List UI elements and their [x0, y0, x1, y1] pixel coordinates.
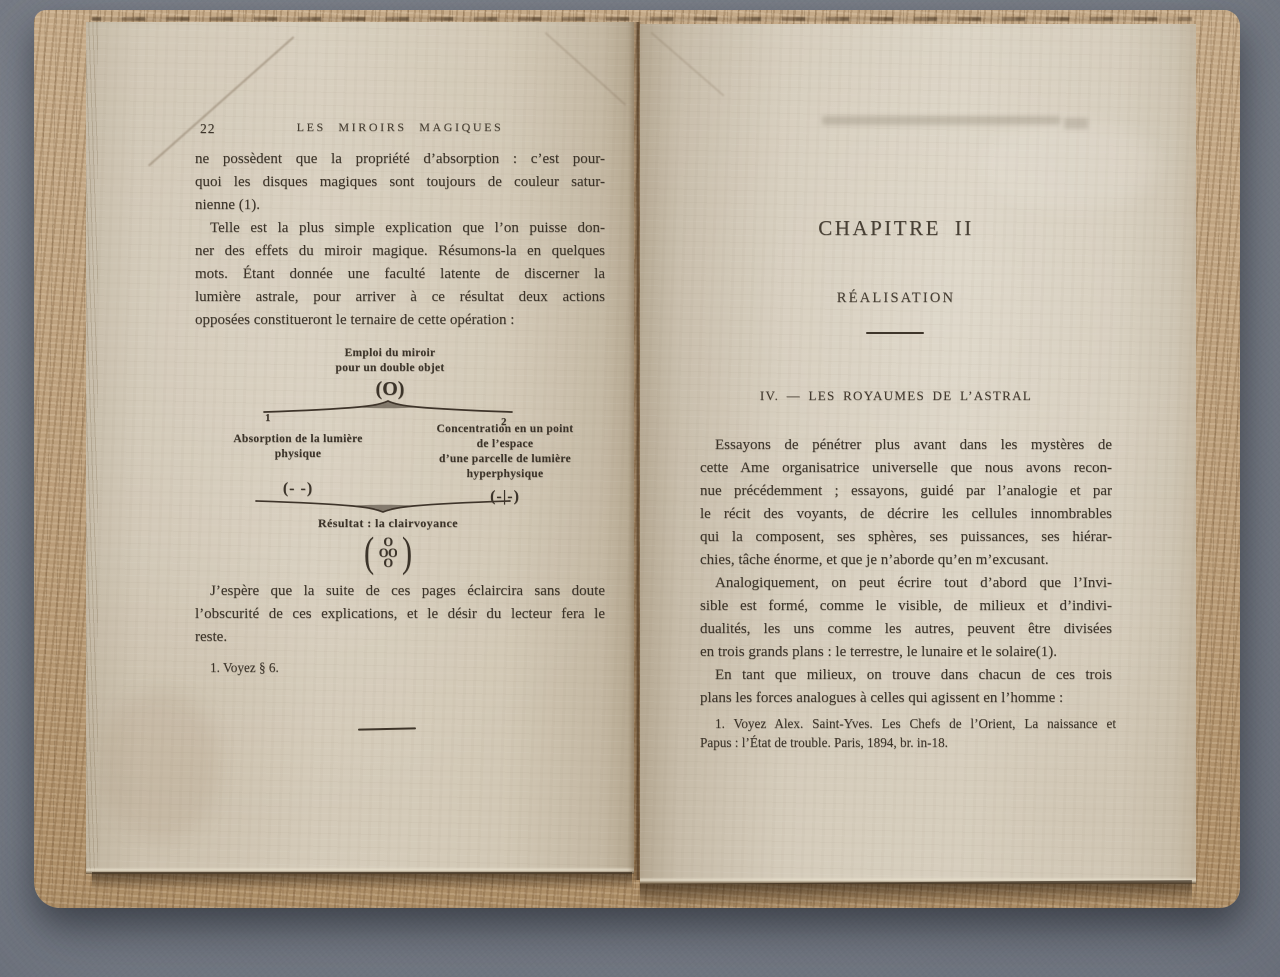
page-shadow	[640, 880, 1192, 908]
showthrough-ghost	[822, 116, 1060, 125]
footnote: 1. Voyez Alex. Saint-Yves. Les Chefs de …	[700, 714, 1116, 752]
page-right: CHAPITRE II RÉALISATION IV. — LES ROYAUM…	[640, 24, 1196, 884]
page-header: 22 LES MIROIRS MAGIQUES	[195, 120, 605, 135]
footnote: 1. Voyez § 6.	[195, 658, 605, 677]
chapter-title: CHAPITRE II	[690, 216, 1102, 241]
corner-fold-crease	[148, 36, 294, 166]
diagram-top-label: Emploi du miroirpour un double objet	[290, 346, 490, 376]
open-paren: (	[364, 530, 374, 576]
diagram-result-label: Résultat : la clairvoyance	[235, 516, 541, 531]
paragraph: ne possèdent que la propriété d’absorpti…	[195, 148, 605, 217]
end-of-chapter-rule	[358, 727, 416, 730]
branch1-label: Absorption de la lumièrephysique	[211, 432, 385, 462]
circle-cluster-icon: OOOO	[379, 537, 397, 569]
paragraph: En tant que milieux, on trouve dans chac…	[700, 664, 1112, 710]
gutter-crease	[651, 32, 725, 96]
divider-rule	[866, 332, 924, 334]
paragraph: Analogiquement, on peut écrire tout d’ab…	[700, 572, 1112, 664]
close-paren: )	[402, 530, 412, 576]
running-title: LES MIROIRS MAGIQUES	[195, 120, 605, 135]
page-number: 22	[200, 121, 216, 137]
section-heading: IV. — LES ROYAUMES DE L’ASTRAL	[690, 388, 1102, 404]
branch1-number: 1	[265, 412, 271, 424]
diagram-top-symbol: (O)	[290, 378, 490, 401]
chapter-subtitle: RÉALISATION	[690, 290, 1102, 307]
paper-highlight	[980, 120, 1160, 210]
gutter-crease	[545, 32, 627, 106]
left-body-text: ne possèdent que la propriété d’absorpti…	[195, 148, 605, 332]
paragraph: J’espère que la suite de ces pages éclai…	[195, 580, 605, 649]
right-body-text: Essayons de pénétrer plus avant dans les…	[700, 434, 1112, 710]
paragraph: Essayons de pénétrer plus avant dans les…	[700, 434, 1112, 572]
page-shadow	[92, 872, 632, 890]
branch1-symbol: (- -)	[211, 480, 385, 498]
page-left: 22 LES MIROIRS MAGIQUES ne possèdent que…	[86, 22, 634, 874]
brace-upper-icon	[263, 400, 513, 414]
paper-stain	[100, 690, 220, 840]
brace-lower-icon	[255, 498, 511, 514]
ternary-diagram: Emploi du miroirpour un double objet (O)…	[195, 344, 603, 582]
book-photo: 22 LES MIROIRS MAGIQUES ne possèdent que…	[0, 0, 1280, 977]
book-top-edge	[92, 17, 1192, 21]
page-stack-edges	[86, 22, 98, 874]
branch2-label: Concentration en un pointde l’espaced’un…	[411, 422, 599, 482]
clairvoyance-symbol: ( OOOO )	[235, 530, 541, 576]
paragraph: Telle est la plus simple explication que…	[195, 217, 605, 332]
